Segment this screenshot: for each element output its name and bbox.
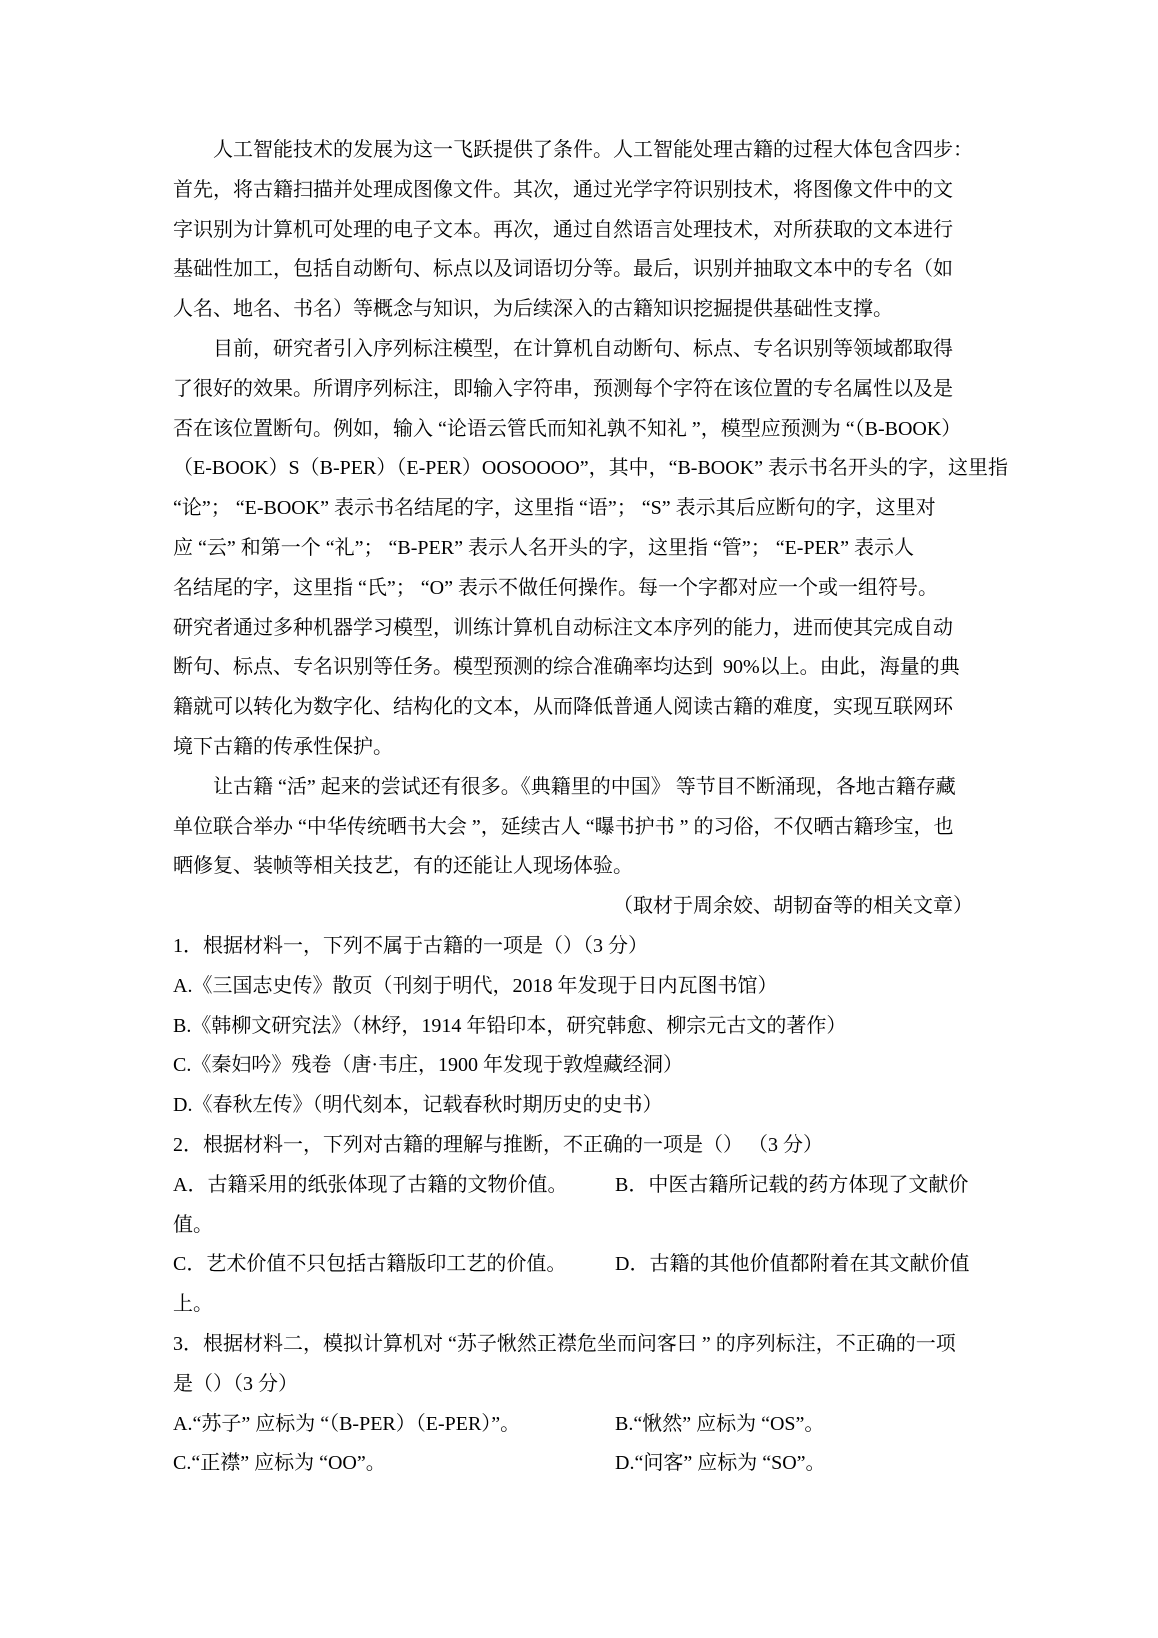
question-2-text: 2．根据材料一，下列对古籍的理解与推断，不正确的一项是（） （3 分） (173, 1134, 823, 1156)
para2-line1-text: 目前，研究者引入序列标注模型，在计算机自动断句、标点、专名识别等领域都取得 (213, 338, 953, 360)
para1-line3: 字识别为计算机可处理的电子文本。再次，通过自然语言处理技术，对所获取的文本进行 (173, 211, 973, 251)
q2-options-ab-text: A．古籍采用的纸张体现了古籍的文物价值。 (173, 1174, 567, 1196)
q2-options-cd-text: C．艺术价值不只包括古籍版印工艺的价值。 (173, 1253, 566, 1275)
para2-line2-text: 了很好的效果。所谓序列标注，即输入字符串，预测每个字符在该位置的专名属性以及是 (173, 378, 953, 400)
q2-option-b-wrap-text: 值。 (173, 1214, 213, 1236)
para1-line2-text: 首先，将古籍扫描并处理成图像文件。其次，通过光学字符识别技术，将图像文件中的文 (173, 179, 953, 201)
para3-line2-text: 单位联合举办 “中华传统晒书大会 ”，延续古人 “曝书护书 ” 的习俗，不仅晒古… (173, 816, 954, 838)
para2-line9: 断句、标点、专名识别等任务。模型预测的综合准确率均达到 90%以上。由此，海量的… (173, 648, 973, 688)
para2-line8: 研究者通过多种机器学习模型，训练计算机自动标注文本序列的能力，进而使其完成自动 (173, 609, 973, 649)
para1-line2: 首先，将古籍扫描并处理成图像文件。其次，通过光学字符识别技术，将图像文件中的文 (173, 171, 973, 211)
q3-options-cd-text: C.“正襟” 应标为 “OO”。 (173, 1452, 386, 1474)
para1-line1: 人工智能技术的发展为这一飞跃提供了条件。人工智能处理古籍的过程大体包含四步： (173, 131, 973, 171)
q1-option-d-text: D.《春秋左传》（明代刻本，记载春秋时期历史的史书） (173, 1094, 662, 1116)
para3-line3: 晒修复、装帧等相关技艺，有的还能让人现场体验。 (173, 847, 973, 887)
q3-options-cd-col2-text: D.“问客” 应标为 “SO”。 (615, 1444, 826, 1484)
para2-line5-text: “论”； “E-BOOK” 表示书名结尾的字，这里指 “语”； “S” 表示其后… (173, 497, 936, 519)
q3-options-ab-col2-text: B.“愀然” 应标为 “OS”。 (615, 1405, 824, 1445)
para3-line1: 让古籍 “活” 起来的尝试还有很多。《典籍里的中国》 等节目不断涌现，各地古籍存… (173, 768, 973, 808)
q1-option-b-text: B.《韩柳文研究法》（林纾，1914 年铅印本，研究韩愈、柳宗元古文的著作） (173, 1015, 846, 1037)
para2-line4: （E-BOOK）S（B-PER）（E-PER）OOSOOOO”，其中，“B-BO… (173, 449, 973, 489)
para2-line8-text: 研究者通过多种机器学习模型，训练计算机自动标注文本序列的能力，进而使其完成自动 (173, 617, 953, 639)
q3-options-ab: A.“苏子” 应标为 “（B-PER）（E-PER）”。B.“愀然” 应标为 “… (173, 1405, 973, 1445)
para2-line6-text: 应 “云” 和第一个 “礼”； “B-PER” 表示人名开头的字，这里指 “管”… (173, 537, 914, 559)
para2-line11: 境下古籍的传承性保护。 (173, 728, 973, 768)
para2-line6: 应 “云” 和第一个 “礼”； “B-PER” 表示人名开头的字，这里指 “管”… (173, 529, 973, 569)
q2-option-d-wrap: 上。 (173, 1285, 973, 1325)
para1-line3-text: 字识别为计算机可处理的电子文本。再次，通过自然语言处理技术，对所获取的文本进行 (173, 219, 953, 241)
para2-line11-text: 境下古籍的传承性保护。 (173, 736, 393, 758)
para2-line10-text: 籍就可以转化为数字化、结构化的文本，从而降低普通人阅读古籍的难度，实现互联网环 (173, 696, 953, 718)
q1-option-c-text: C.《秦妇吟》残卷（唐·韦庄，1900 年发现于敦煌藏经洞） (173, 1054, 683, 1076)
source-attribution: （取材于周余姣、胡韧奋等的相关文章） (173, 887, 973, 927)
q2-options-cd-col2-text: D．古籍的其他价值都附着在其文献价值 (615, 1245, 969, 1285)
question-3-line1-text: 3．根据材料二，模拟计算机对 “苏子愀然正襟危坐而问客曰 ” 的序列标注，不正确… (173, 1333, 956, 1355)
para3-line2: 单位联合举办 “中华传统晒书大会 ”，延续古人 “曝书护书 ” 的习俗，不仅晒古… (173, 808, 973, 848)
question-3-line1: 3．根据材料二，模拟计算机对 “苏子愀然正襟危坐而问客曰 ” 的序列标注，不正确… (173, 1325, 973, 1365)
question-1: 1．根据材料一，下列不属于古籍的一项是（）（3 分） (173, 927, 973, 967)
q1-option-a: A.《三国志史传》散页（刊刻于明代，2018 年发现于日内瓦图书馆） (173, 967, 973, 1007)
para3-line3-text: 晒修复、装帧等相关技艺，有的还能让人现场体验。 (173, 855, 633, 877)
q1-option-d: D.《春秋左传》（明代刻本，记载春秋时期历史的史书） (173, 1086, 973, 1126)
text-block: 人工智能技术的发展为这一飞跃提供了条件。人工智能处理古籍的过程大体包含四步：首先… (173, 131, 973, 1484)
q2-option-d-wrap-text: 上。 (173, 1293, 213, 1315)
q3-options-ab-text: A.“苏子” 应标为 “（B-PER）（E-PER）”。 (173, 1413, 520, 1435)
para1-line4: 基础性加工，包括自动断句、标点以及词语切分等。最后，识别并抽取文本中的专名（如 (173, 250, 973, 290)
para3-line1-text: 让古籍 “活” 起来的尝试还有很多。《典籍里的中国》 等节目不断涌现，各地古籍存… (213, 776, 956, 798)
para2-line4-text: （E-BOOK）S（B-PER）（E-PER）OOSOOOO”，其中，“B-BO… (173, 457, 1008, 479)
q2-option-b-wrap: 值。 (173, 1206, 973, 1246)
para2-line2: 了很好的效果。所谓序列标注，即输入字符串，预测每个字符在该位置的专名属性以及是 (173, 370, 973, 410)
para1-line4-text: 基础性加工，包括自动断句、标点以及词语切分等。最后，识别并抽取文本中的专名（如 (173, 258, 953, 280)
para2-line5: “论”； “E-BOOK” 表示书名结尾的字，这里指 “语”； “S” 表示其后… (173, 489, 973, 529)
q2-options-ab-col2-text: B．中医古籍所记载的药方体现了文献价 (615, 1166, 968, 1206)
source-attribution-text: （取材于周余姣、胡韧奋等的相关文章） (613, 895, 973, 917)
question-1-text: 1．根据材料一，下列不属于古籍的一项是（）（3 分） (173, 935, 648, 957)
para2-line10: 籍就可以转化为数字化、结构化的文本，从而降低普通人阅读古籍的难度，实现互联网环 (173, 688, 973, 728)
para1-line5-text: 人名、地名、书名）等概念与知识，为后续深入的古籍知识挖掘提供基础性支撑。 (173, 298, 893, 320)
question-3-line2: 是（）（3 分） (173, 1365, 973, 1405)
question-2: 2．根据材料一，下列对古籍的理解与推断，不正确的一项是（） （3 分） (173, 1126, 973, 1166)
para2-line3: 否在该位置断句。例如，输入 “论语云管氏而知礼孰不知礼 ”，模型应预测为 “（B… (173, 410, 973, 450)
q1-option-c: C.《秦妇吟》残卷（唐·韦庄，1900 年发现于敦煌藏经洞） (173, 1046, 973, 1086)
para2-line7: 名结尾的字，这里指 “氏”； “O” 表示不做任何操作。每一个字都对应一个或一组… (173, 569, 973, 609)
para2-line3-text: 否在该位置断句。例如，输入 “论语云管氏而知礼孰不知礼 ”，模型应预测为 “（B… (173, 418, 961, 440)
para1-line1-text: 人工智能技术的发展为这一飞跃提供了条件。人工智能处理古籍的过程大体包含四步： (213, 139, 973, 161)
document-page: 人工智能技术的发展为这一飞跃提供了条件。人工智能处理古籍的过程大体包含四步：首先… (0, 0, 1158, 1638)
q2-options-ab: A．古籍采用的纸张体现了古籍的文物价值。B．中医古籍所记载的药方体现了文献价 (173, 1166, 973, 1206)
para1-line5: 人名、地名、书名）等概念与知识，为后续深入的古籍知识挖掘提供基础性支撑。 (173, 290, 973, 330)
q3-options-cd: C.“正襟” 应标为 “OO”。D.“问客” 应标为 “SO”。 (173, 1444, 973, 1484)
q1-option-b: B.《韩柳文研究法》（林纾，1914 年铅印本，研究韩愈、柳宗元古文的著作） (173, 1007, 973, 1047)
q2-options-cd: C．艺术价值不只包括古籍版印工艺的价值。D．古籍的其他价值都附着在其文献价值 (173, 1245, 973, 1285)
question-3-line2-text: 是（）（3 分） (173, 1373, 298, 1395)
q1-option-a-text: A.《三国志史传》散页（刊刻于明代，2018 年发现于日内瓦图书馆） (173, 975, 777, 997)
para2-line7-text: 名结尾的字，这里指 “氏”； “O” 表示不做任何操作。每一个字都对应一个或一组… (173, 577, 938, 599)
para2-line1: 目前，研究者引入序列标注模型，在计算机自动断句、标点、专名识别等领域都取得 (173, 330, 973, 370)
para2-line9-text: 断句、标点、专名识别等任务。模型预测的综合准确率均达到 90%以上。由此，海量的… (173, 656, 960, 678)
